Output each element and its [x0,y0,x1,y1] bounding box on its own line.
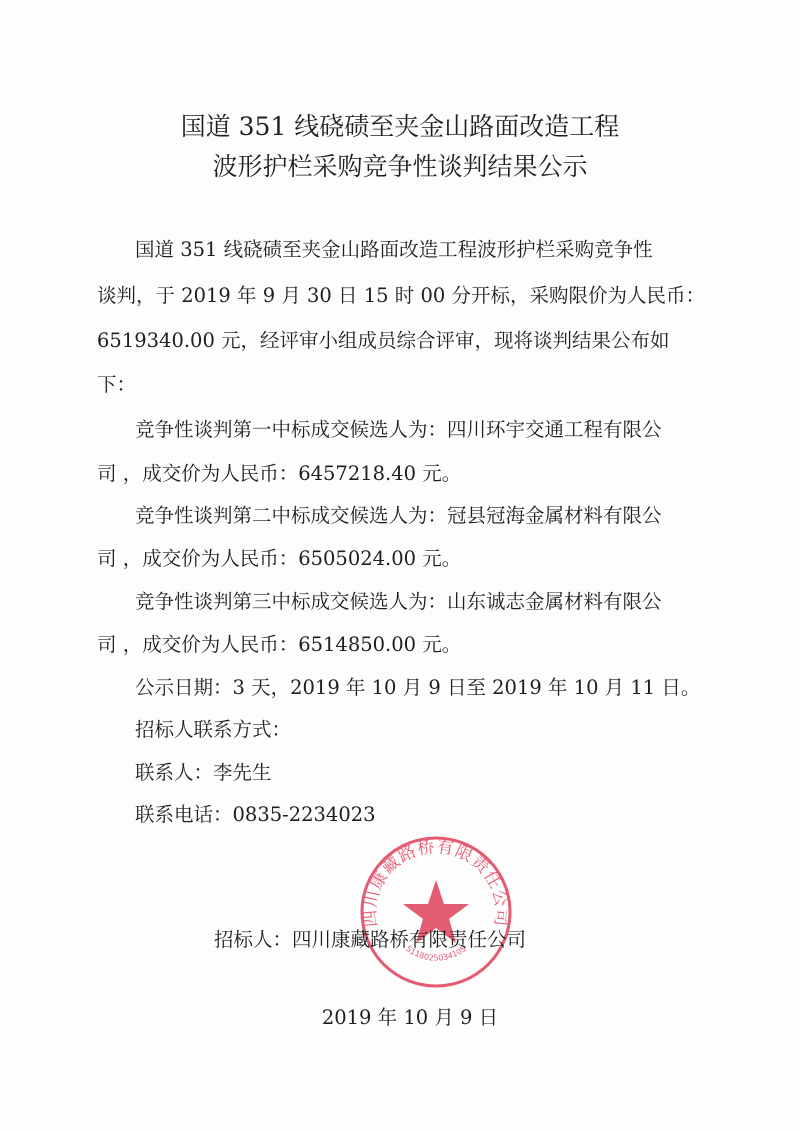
signer: 招标人：四川康藏路桥有限责任公司 [214,924,526,952]
contact-person: 联系人：李先生 [135,757,755,785]
title-line-1: 国道 351 线硗碛至夹金山路面改造工程 [0,107,800,143]
candidate-3-line-1: 竞争性谈判第三中标成交候选人为：山东诚志金属材料有限公 [135,586,755,614]
candidate-3-line-2: 司 ，成交价为人民币：6514850.00 元。 [97,629,717,657]
document-date: 2019 年 10 月 9 日 [0,1002,800,1030]
intro-line-4: 下： [97,369,717,397]
candidate-1-line-1: 竞争性谈判第一中标成交候选人为：四川环宇交通工程有限公 [135,414,755,442]
contact-heading: 招标人联系方式： [135,714,755,742]
intro-line-1: 国道 351 线硗碛至夹金山路面改造工程波形护栏采购竞争性 [135,234,717,262]
intro-line-2: 谈判，于 2019 年 9 月 30 日 15 时 00 分开标，采购限价为人民… [97,280,717,308]
candidate-1-line-2: 司 ，成交价为人民币：6457218.40 元。 [97,458,717,486]
publicity-period: 公示日期：3 天，2019 年 10 月 9 日至 2019 年 10 月 11… [135,672,755,700]
title-line-2: 波形护栏采购竞争性谈判结果公示 [0,147,800,183]
intro-line-3: 6519340.00 元，经评审小组成员综合评审，现将谈判结果公布如 [97,325,717,353]
candidate-2-line-1: 竞争性谈判第二中标成交候选人为：冠县冠海金属材料有限公 [135,500,755,528]
company-seal-icon: 四川康藏路桥有限责任公司 5118025034105 [358,834,514,990]
contact-phone: 联系电话：0835-2234023 [135,799,755,827]
candidate-2-line-2: 司 ，成交价为人民币：6505024.00 元。 [97,543,717,571]
